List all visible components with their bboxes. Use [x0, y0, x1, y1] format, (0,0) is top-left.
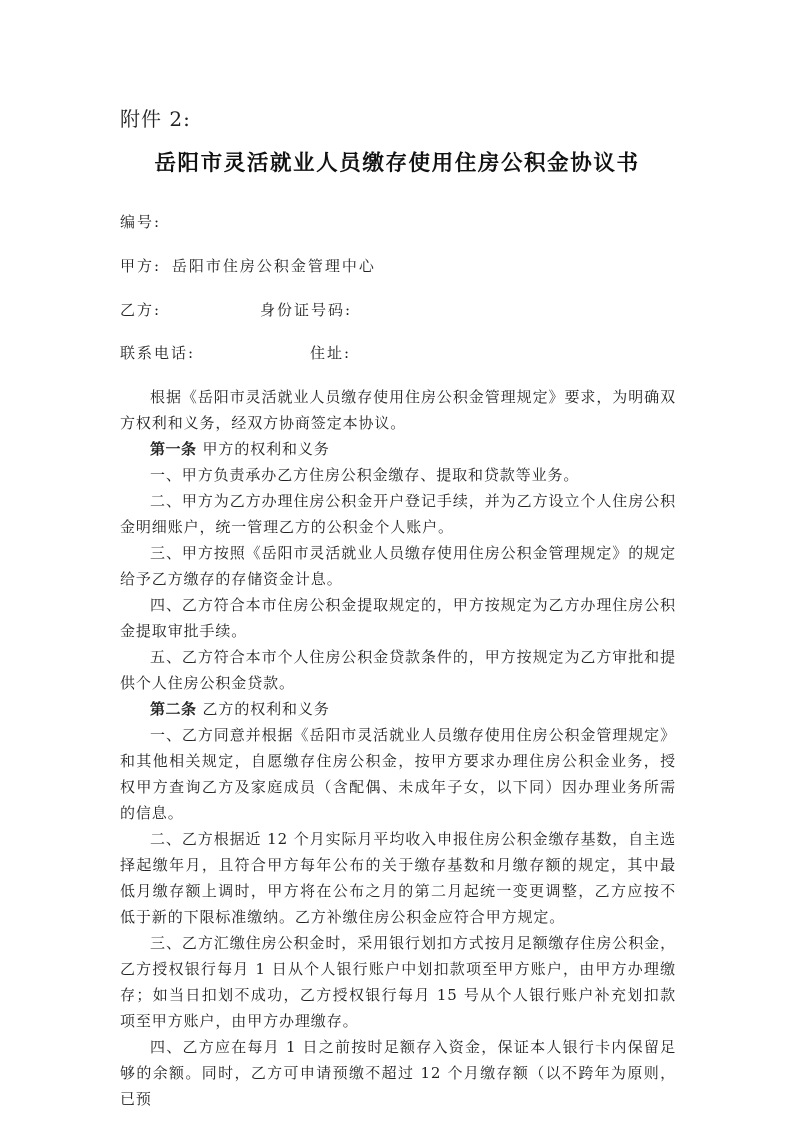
- agreement-body: 根据《岳阳市灵活就业人员缴存使用住房公积金管理规定》要求，为明确双方权利和义务，…: [120, 384, 676, 1112]
- attachment-label: 附件 2:: [120, 103, 191, 132]
- article-1-title: 甲方的权利和义务: [203, 440, 330, 458]
- article-1-clause-5: 五、乙方符合本市个人住房公积金贷款条件的，甲方按规定为乙方审批和提供个人住房公积…: [120, 644, 676, 696]
- agreement-number-label: 编号:: [120, 213, 161, 231]
- party-a-value: 岳阳市住房公积金管理中心: [172, 257, 376, 275]
- party-b-label: 乙方:: [120, 301, 161, 319]
- address-label: 住址:: [310, 344, 351, 362]
- article-1-number: 第一条: [150, 440, 197, 458]
- article-2-clause-1: 一、乙方同意并根据《岳阳市灵活就业人员缴存使用住房公积金管理规定》和其他相关规定…: [120, 722, 676, 826]
- party-a-label: 甲方:: [120, 257, 161, 275]
- phone-label: 联系电话:: [120, 344, 195, 362]
- document-page: 附件 2: 岳阳市灵活就业人员缴存使用住房公积金协议书 编号: 甲方: 岳阳市住…: [0, 0, 794, 1122]
- party-a-field: 甲方: 岳阳市住房公积金管理中心: [120, 255, 376, 276]
- article-1-clause-1: 一、甲方负责承办乙方住房公积金缴存、提取和贷款等业务。: [120, 462, 676, 488]
- address-field: 住址:: [310, 342, 351, 363]
- article-2-clause-2: 二、乙方根据近 12 个月实际月平均收入申报住房公积金缴存基数，自主选择起缴年月…: [120, 826, 676, 930]
- article-2-title: 乙方的权利和义务: [203, 700, 330, 718]
- article-2-clause-3: 三、乙方汇缴住房公积金时，采用银行划扣方式按月足额缴存住房公积金，乙方授权银行每…: [120, 930, 676, 1034]
- id-number-field: 身份证号码:: [260, 299, 352, 320]
- article-1-clause-4: 四、乙方符合本市住房公积金提取规定的，甲方按规定为乙方办理住房公积金提取审批手续…: [120, 592, 676, 644]
- article-1-clause-2: 二、甲方为乙方办理住房公积金开户登记手续，并为乙方设立个人住房公积金明细账户，统…: [120, 488, 676, 540]
- article-2-number: 第二条: [150, 700, 197, 718]
- agreement-number-field: 编号:: [120, 211, 161, 232]
- document-title: 岳阳市灵活就业人员缴存使用住房公积金协议书: [0, 146, 794, 177]
- phone-field: 联系电话:: [120, 342, 195, 363]
- preamble-paragraph: 根据《岳阳市灵活就业人员缴存使用住房公积金管理规定》要求，为明确双方权利和义务，…: [120, 384, 676, 436]
- article-1-heading: 第一条甲方的权利和义务: [120, 436, 676, 462]
- party-b-field: 乙方:: [120, 299, 161, 320]
- article-2-heading: 第二条乙方的权利和义务: [120, 696, 676, 722]
- article-1-clause-3: 三、甲方按照《岳阳市灵活就业人员缴存使用住房公积金管理规定》的规定给予乙方缴存的…: [120, 540, 676, 592]
- id-number-label: 身份证号码:: [260, 301, 352, 319]
- article-2-clause-4: 四、乙方应在每月 1 日之前按时足额存入资金，保证本人银行卡内保留足够的余额。同…: [120, 1034, 676, 1112]
